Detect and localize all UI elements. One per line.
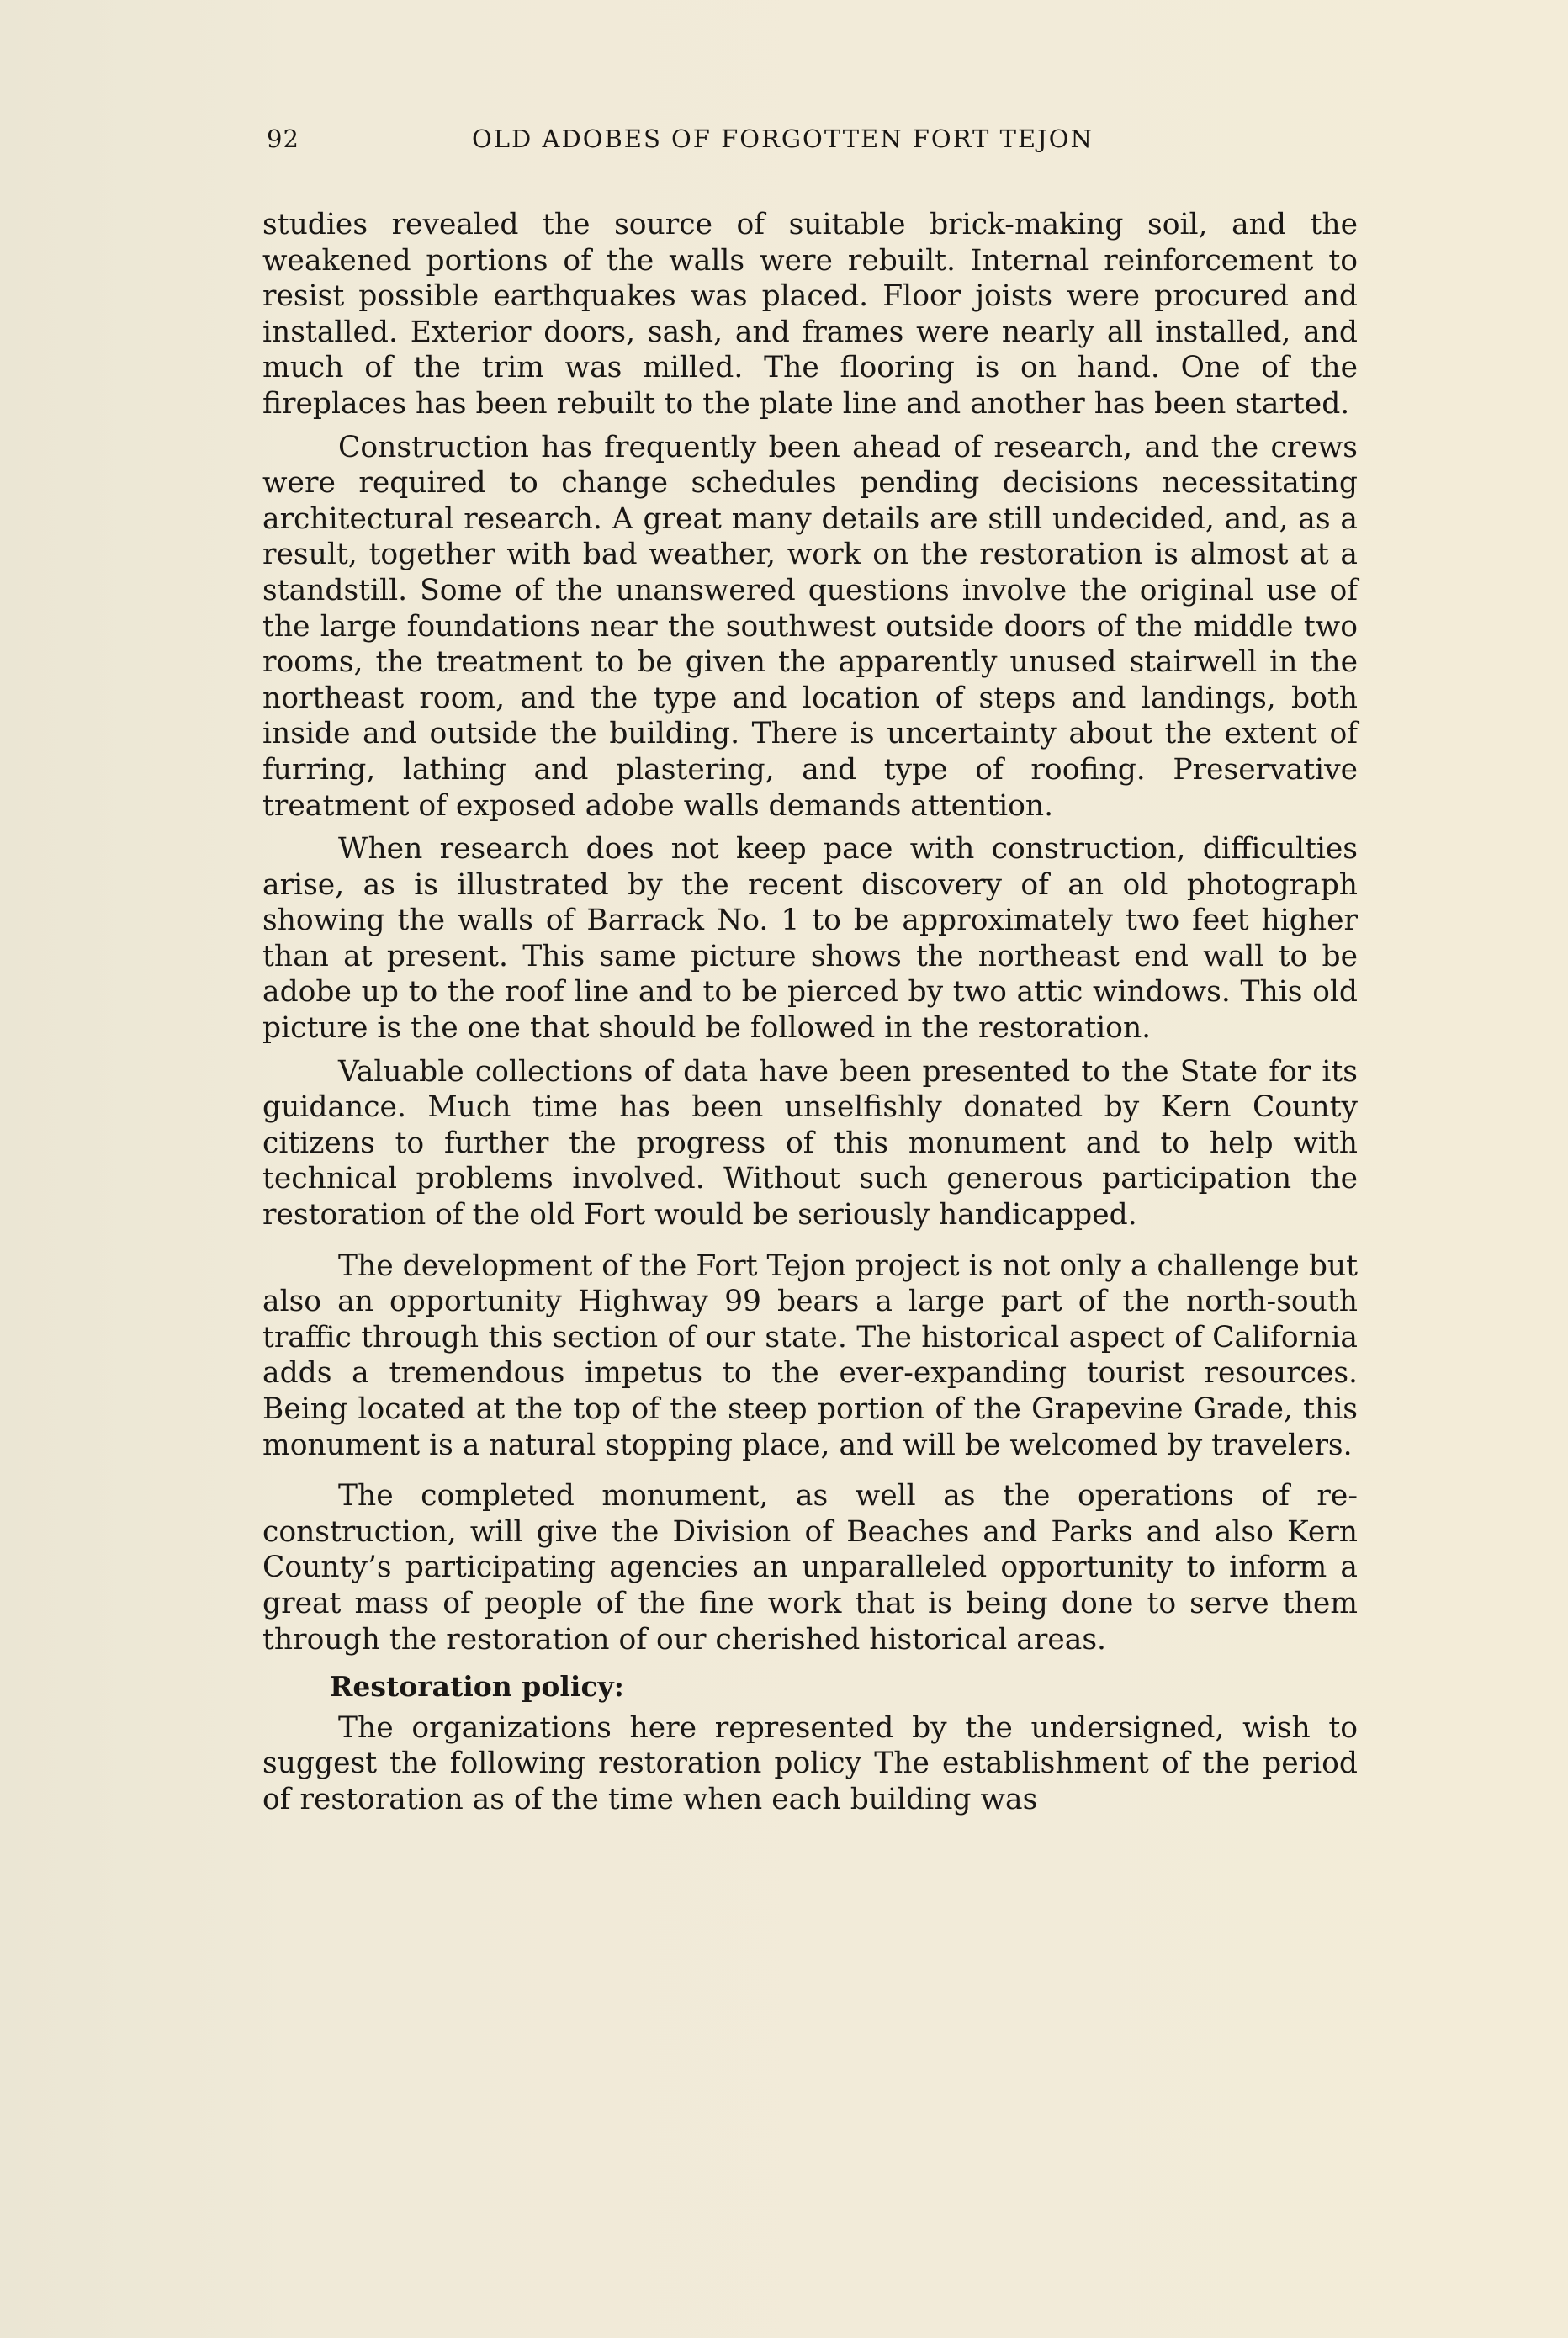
paragraph-valuable-collections: Valuable collections of data have been p… (262, 1054, 1358, 1233)
paragraph-completed-monument: The completed monument, as well as the o… (262, 1478, 1358, 1657)
running-title: OLD ADOBES OF FORGOTTEN FORT TEJON (472, 125, 1094, 153)
paragraph-development-opportunity: The development of the Fort Tejon projec… (262, 1249, 1358, 1464)
body-text: studies revealed the source of suitable … (262, 207, 1358, 1826)
section-heading-restoration-policy: Restoration policy: (262, 1669, 1358, 1705)
running-head: 92 OLD ADOBES OF FORGOTTEN FORT TEJON (267, 125, 1360, 162)
paragraph-construction-progress: studies revealed the source of suitable … (262, 207, 1358, 422)
page-number: 92 (267, 125, 299, 153)
paragraph-research-difficulties: When research does not keep pace with co… (262, 831, 1358, 1047)
paragraph-construction-ahead-of-research: Construction has frequently been ahead o… (262, 430, 1358, 824)
book-page: 92 OLD ADOBES OF FORGOTTEN FORT TEJON st… (0, 0, 1568, 2338)
paragraph-restoration-policy: The organizations here represented by th… (262, 1710, 1358, 1818)
